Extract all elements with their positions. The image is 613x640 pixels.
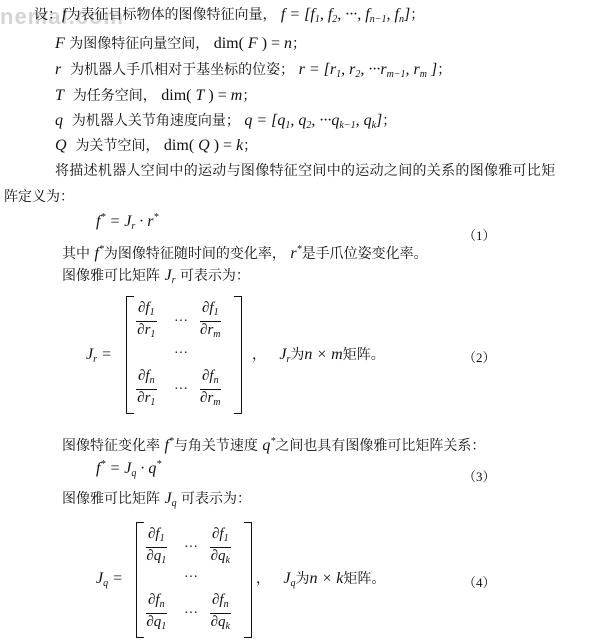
definition-F: F 为图像特征向量空间， dim( F ) = n；: [55, 35, 306, 53]
symbol-f-dot: f*: [164, 437, 173, 454]
comma: ，: [252, 347, 266, 363]
text: 与角关节速度: [174, 438, 258, 454]
text: 矩阵。: [343, 571, 385, 587]
sentence-jr-intro: 图像雅可比矩阵 Jr 可表示为：: [62, 267, 250, 290]
paragraph-line-1: 将描述机器人空间中的运动与图像特征空间中的运动之间的关系的图像雅可比矩: [55, 162, 556, 180]
formula-f: f = [f1, f2, ···, fn−1, fn]: [281, 6, 410, 23]
symbol-Jq: Jq: [283, 570, 295, 587]
vdots-mid: ···: [184, 570, 198, 586]
right-bracket: [244, 522, 252, 638]
equation-1: f* = Jr · r*: [96, 209, 159, 236]
sentence-rates: 其中 f*为图像特征随时间的变化率， r*是手爪位姿变化率。: [62, 241, 428, 263]
right-bracket: [234, 296, 242, 414]
semicolon: ；: [437, 62, 451, 78]
sentence-jq-intro: 图像雅可比矩阵 Jq 可表示为：: [62, 490, 251, 513]
text: 为图像特征随时间的变化率，: [104, 246, 286, 262]
symbol-r: r: [55, 61, 61, 78]
symbol-r-dot: r*: [290, 245, 301, 262]
text: 矩阵。: [343, 347, 385, 363]
cell-11: ∂f1∂q1: [146, 526, 167, 569]
text: 其中: [62, 246, 90, 262]
matrix-Jr-note: ， Jr为n × m矩阵。: [252, 346, 385, 369]
definition-T: T 为任务空间， dim( T ) = m；: [55, 87, 256, 105]
cell-1m: ∂f1∂rm: [200, 300, 221, 343]
paragraph-line-2: 阵定义为：: [4, 188, 74, 206]
matrix-Jr: ∂f1∂r1 ··· ∂f1∂rm ··· ∂fn∂r1 ··· ∂fn∂rm: [126, 296, 242, 414]
text: 可表示为：: [181, 491, 251, 507]
sentence-jq-relation: 图像特征变化率 f*与角关节速度 q*之间也具有图像雅可比矩阵关系：: [62, 433, 485, 455]
formula-q: q = [q1, q2, ···qk−1, qk]: [244, 112, 382, 129]
formula-dim-T: dim( T ) = m: [161, 87, 242, 104]
def-text: 为关节空间，: [75, 138, 159, 154]
cell-1k: ∂f1∂qk: [210, 526, 231, 569]
def-text: 为表征目标物体的图像特征向量，: [66, 7, 276, 23]
hdots: ···: [184, 606, 198, 622]
symbol-f-dot: f*: [94, 245, 103, 262]
def-text: 为机器人关节角速度向量；: [72, 113, 240, 129]
hdots: ···: [174, 382, 188, 398]
symbol-Jr: Jr: [279, 346, 290, 363]
matrix-Jq-label: Jq =: [96, 570, 123, 593]
symbol-q: q: [55, 112, 63, 129]
def-text: 为图像特征向量空间，: [69, 36, 209, 52]
formula-dim-Q: dim( Q ) = k: [164, 137, 243, 154]
equation-3: f* = Jq · q*: [96, 456, 161, 483]
cell-nk: ∂fn∂qk: [210, 592, 231, 635]
semicolon: ；: [410, 7, 424, 23]
cell-nm: ∂fn∂rm: [200, 368, 221, 411]
prefix-label: 设：: [34, 7, 62, 23]
definition-Q: Q 为关节空间， dim( Q ) = k；: [55, 137, 257, 155]
symbol-q-dot: q*: [262, 437, 275, 454]
cell-11: ∂f1∂r1: [136, 300, 157, 343]
cell-n1: ∂fn∂q1: [146, 592, 167, 635]
definition-r: r 为机器人手爪相对于基坐标的位姿； r = [r1, r2, ···rm−1,…: [55, 61, 451, 84]
formula-dim-F: dim( F ) = n: [214, 35, 292, 52]
definition-q: q 为机器人关节角速度向量； q = [q1, q2, ···qk−1, qk]…: [55, 112, 396, 135]
text: 可表示为：: [180, 268, 250, 284]
equation-number-3: （3）: [463, 466, 496, 485]
equation-number-1: （1）: [463, 225, 496, 244]
hdots: ···: [174, 314, 188, 330]
text: 为: [290, 347, 304, 363]
text: 图像雅可比矩阵: [62, 491, 160, 507]
equation-number-2: （2）: [463, 347, 496, 366]
text: 是手爪位姿变化率。: [302, 246, 428, 262]
symbol-Jr: Jr: [164, 267, 175, 284]
cell-n1: ∂fn∂r1: [136, 368, 157, 411]
dim-nxk: n × k: [309, 570, 343, 587]
text: 之间也具有图像雅可比矩阵关系：: [275, 438, 485, 454]
definition-f: 设：f为表征目标物体的图像特征向量， f = [f1, f2, ···, fn−…: [34, 6, 424, 29]
text: 图像雅可比矩阵: [62, 268, 160, 284]
def-text: 为机器人手爪相对于基坐标的位姿；: [70, 62, 294, 78]
dim-nxm: n × m: [304, 346, 342, 363]
semicolon: ；: [292, 36, 306, 52]
symbol-F: F: [55, 35, 65, 52]
text: 图像特征变化率: [62, 438, 160, 454]
matrix-Jq: ∂f1∂q1 ··· ∂f1∂qk ··· ∂fn∂q1 ··· ∂fn∂qk: [136, 522, 252, 638]
semicolon: ；: [242, 88, 256, 104]
left-bracket: [136, 522, 144, 638]
def-text: 为任务空间，: [73, 88, 157, 104]
symbol-T: T: [55, 87, 64, 104]
equation-number-4: （4）: [463, 572, 496, 591]
formula-r: r = [r1, r2, ···rm−1, rm ]: [299, 61, 438, 78]
matrix-Jr-label: Jr =: [86, 346, 112, 369]
left-bracket: [126, 296, 134, 414]
matrix-Jq-note: ， Jq为n × k矩阵。: [256, 570, 385, 593]
symbol-Jq: Jq: [164, 490, 176, 507]
symbol-Q: Q: [55, 137, 67, 154]
vdots-mid: ···: [174, 346, 188, 362]
semicolon: ；: [382, 113, 396, 129]
text: 为: [295, 571, 309, 587]
semicolon: ；: [243, 138, 257, 154]
hdots: ···: [184, 540, 198, 556]
comma: ，: [256, 571, 270, 587]
